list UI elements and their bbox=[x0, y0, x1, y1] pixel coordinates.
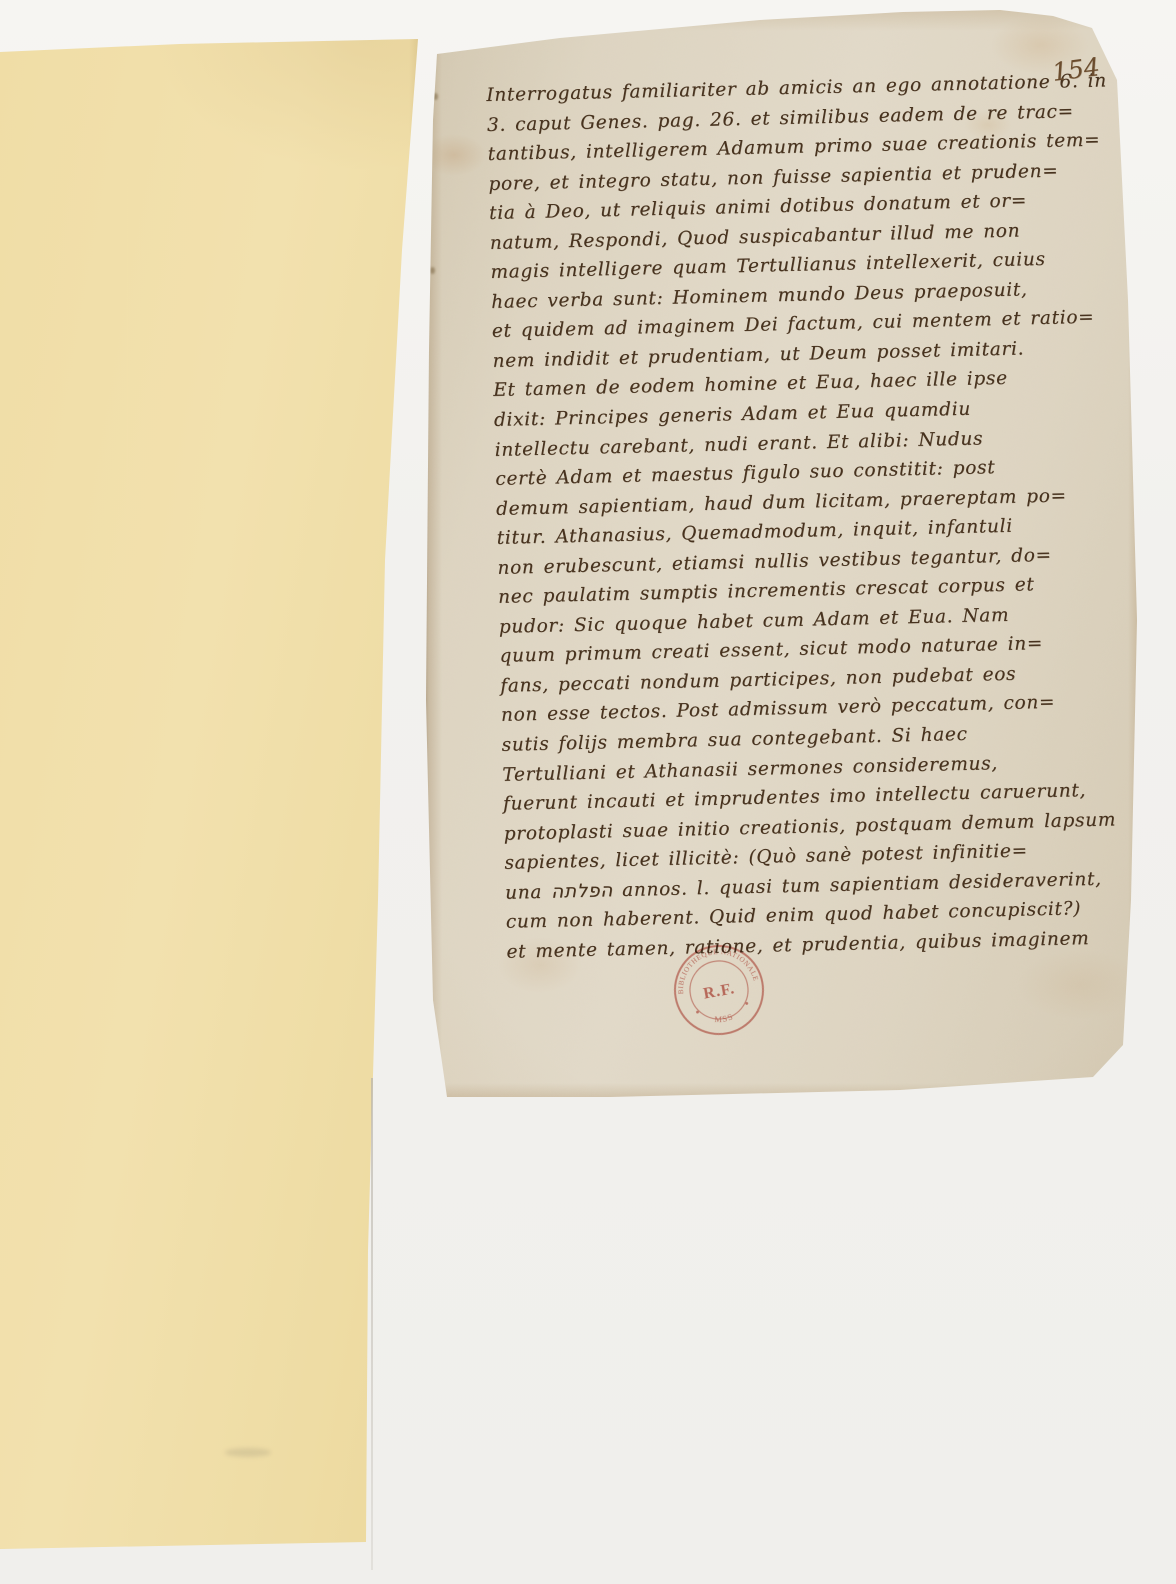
underleaf-edge bbox=[371, 1078, 373, 1570]
library-stamp: BIBLIOTHEQUE NATIONALE MSS R.F. bbox=[663, 934, 774, 1045]
pencil-smudge bbox=[225, 1448, 271, 1457]
stamp-center-text: R.F. bbox=[702, 980, 736, 1002]
stamp-bottom-text: MSS bbox=[713, 1011, 736, 1026]
manuscript-page: Interrogatus familiariter ab amicis an e… bbox=[420, 5, 1146, 1107]
manuscript-text-block: Interrogatus familiariter ab amicis an e… bbox=[486, 67, 1083, 967]
sewing-hole bbox=[433, 93, 438, 100]
sewing-hole bbox=[430, 267, 435, 274]
flyleaf-page bbox=[0, 0, 425, 1560]
folio-number: 154 bbox=[1050, 52, 1101, 87]
